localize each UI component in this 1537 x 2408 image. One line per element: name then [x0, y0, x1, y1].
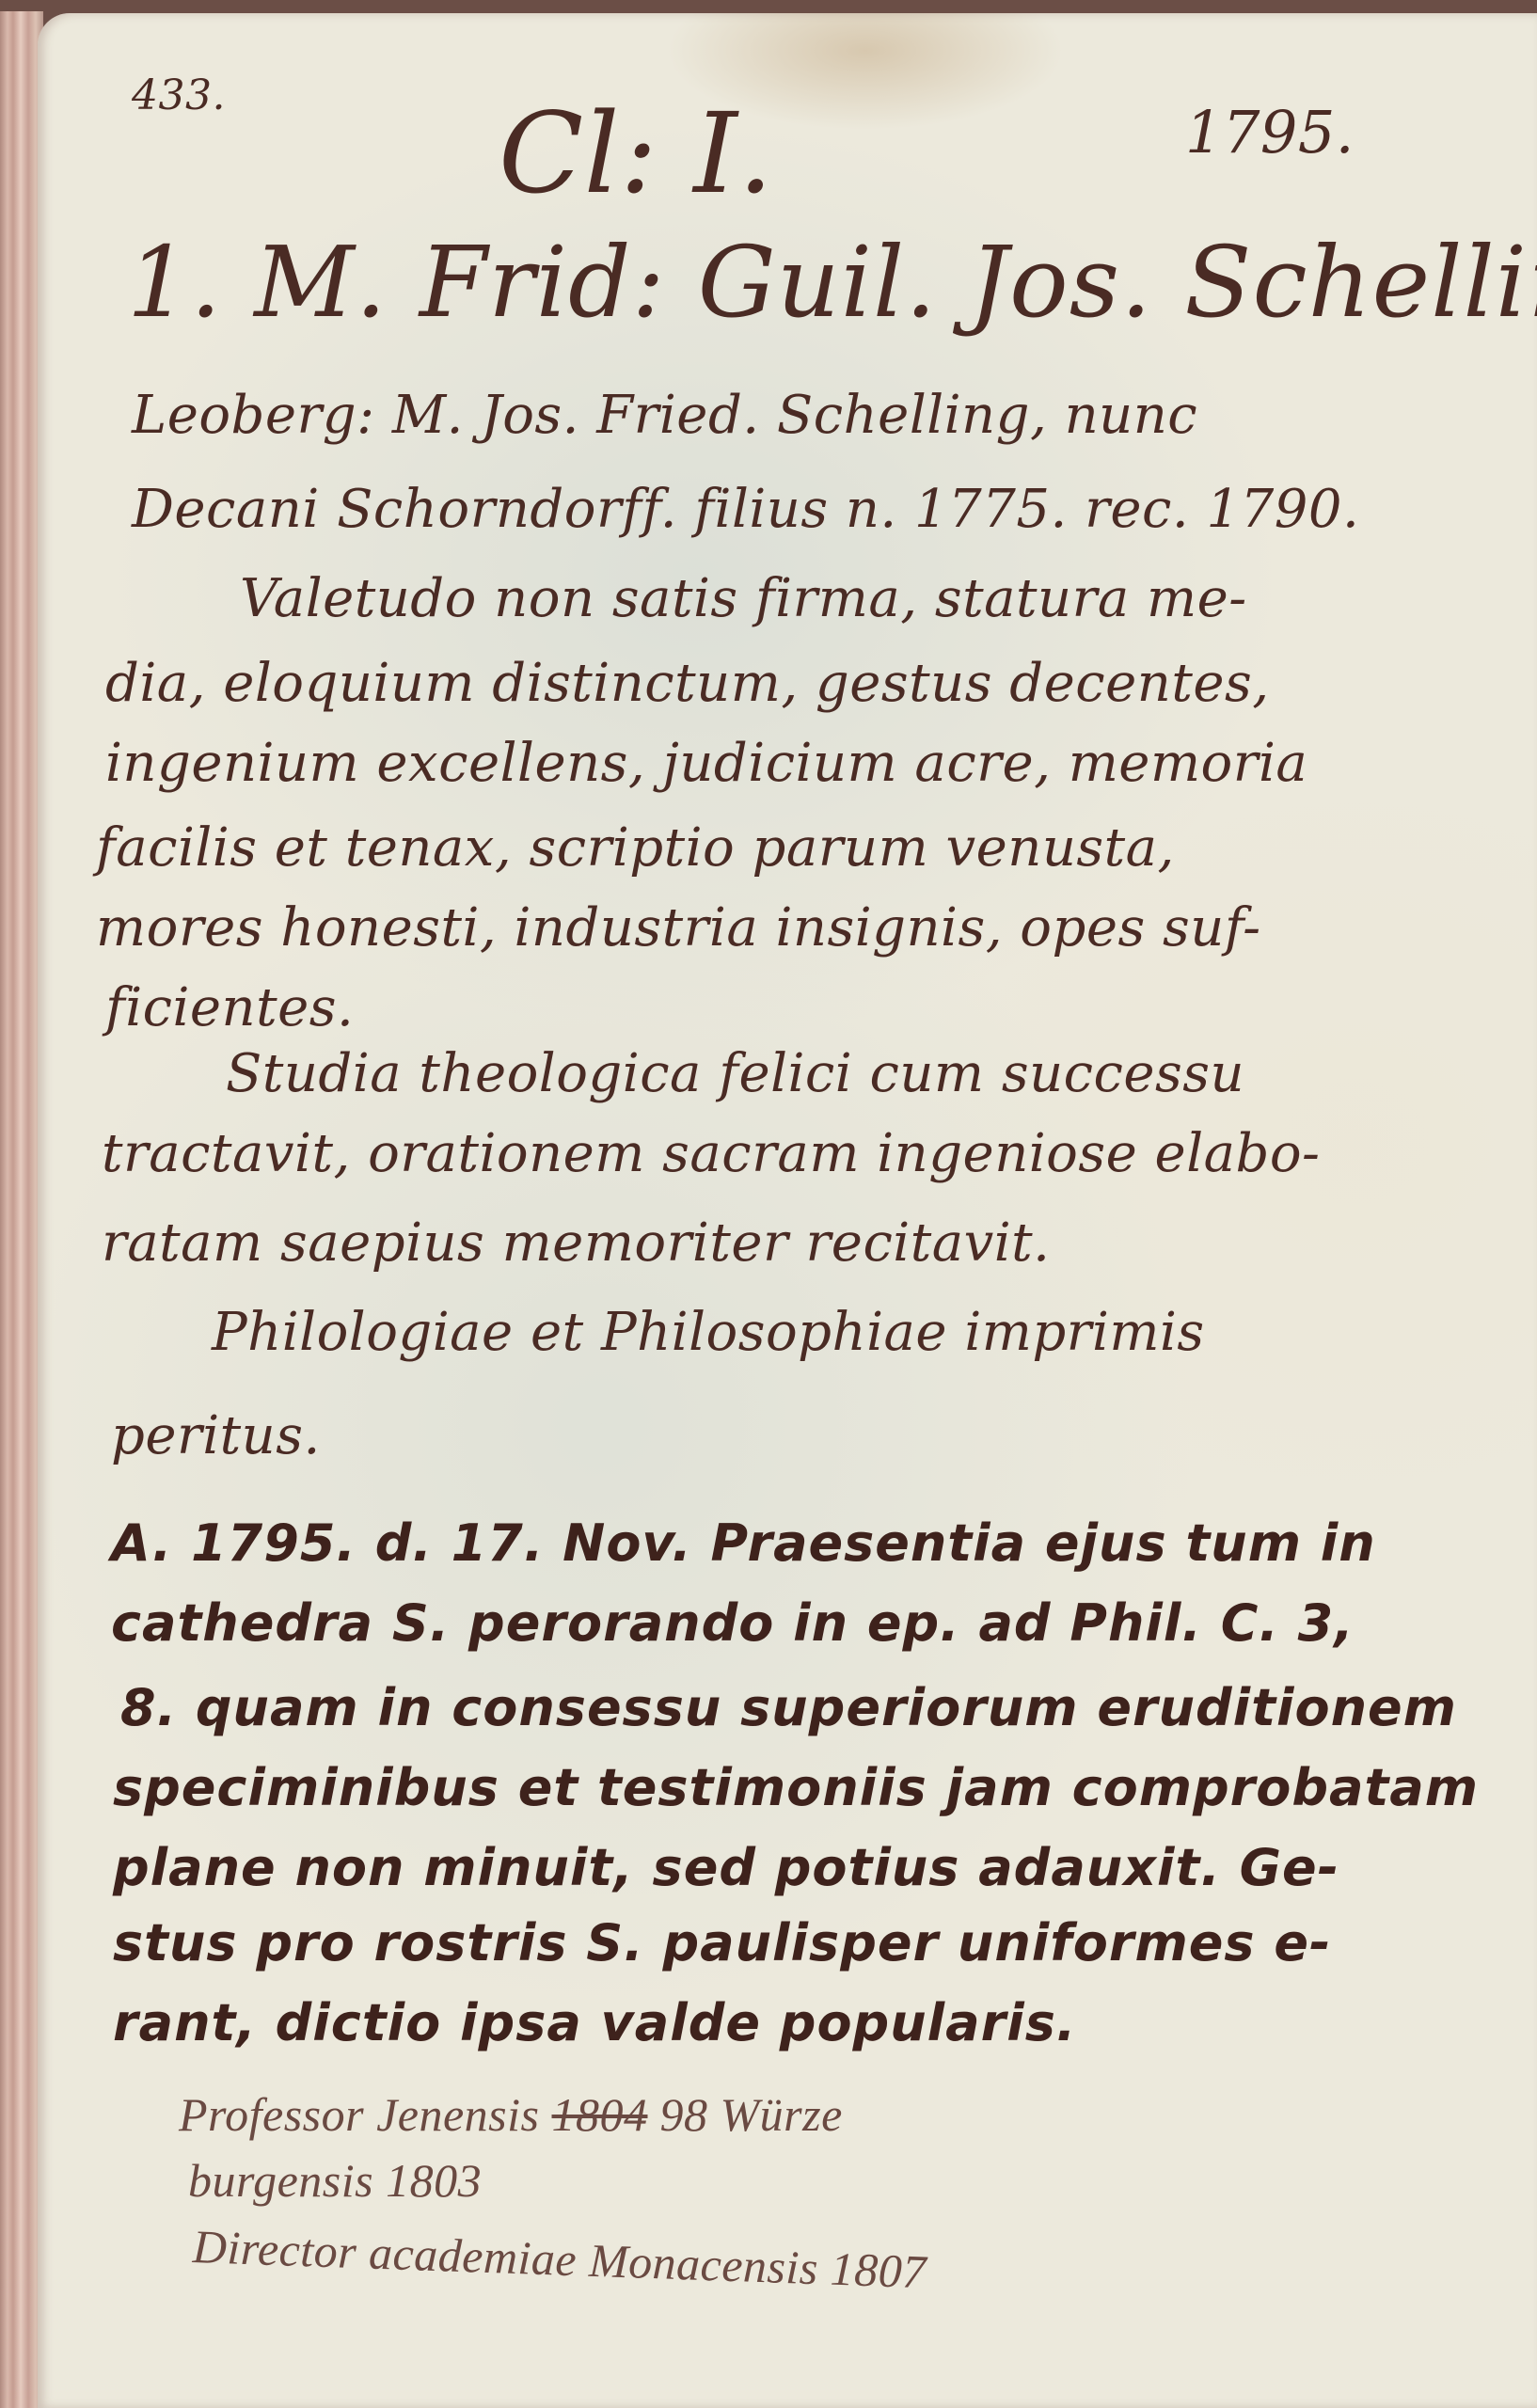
career-note-munich: Director academiae Monacensis 1807 — [192, 2219, 927, 2299]
body-line: ingenium excellens, judicium acre, memor… — [105, 733, 1307, 794]
page-number: 433. — [132, 71, 226, 119]
body-line: peritus. — [111, 1405, 321, 1466]
body-line: Studia theologica felici cum successu — [226, 1043, 1244, 1104]
remark-line: 8. quam in consessu superiorum erudition… — [120, 1678, 1457, 1737]
body-line: tractavit, orationem sacram ingeniose el… — [102, 1123, 1320, 1184]
manuscript-page: 433. Cl: I. 1795. 1. M. Frid: Guil. Jos.… — [38, 13, 1537, 2408]
body-line: Philologiae et Philosophiae imprimis — [212, 1302, 1205, 1363]
body-line: dia, eloquium distinctum, gestus decente… — [105, 653, 1270, 714]
struck-year: 1804 — [552, 2088, 648, 2141]
remark-line: cathedra S. perorando in ep. ad Phil. C.… — [111, 1593, 1355, 1653]
entry-name-heading: 1. M. Frid: Guil. Jos. Schelling, — [127, 225, 1537, 340]
body-line: mores honesti, industria insignis, opes … — [96, 897, 1261, 958]
body-line: facilis et tenax, scriptio parum venusta… — [96, 817, 1175, 879]
body-line: Decani Schorndorff. filius n. 1775. rec.… — [132, 479, 1359, 540]
note-text: 98 Würze — [660, 2088, 843, 2141]
body-line: Valetudo non satis firma, statura me- — [240, 568, 1247, 629]
remark-line: rant, dictio ipsa valde popularis. — [113, 1993, 1076, 2052]
body-line: ficientes. — [105, 977, 354, 1038]
body-line: Leoberg: M. Jos. Fried. Schelling, nunc — [132, 385, 1197, 446]
year-heading: 1795. — [1185, 98, 1355, 166]
class-heading: Cl: I. — [499, 88, 773, 218]
remark-line: stus pro rostris S. paulisper uniformes … — [113, 1913, 1331, 1972]
body-line: ratam saepius memoriter recitavit. — [102, 1212, 1050, 1274]
note-text: Professor Jenensis — [179, 2088, 540, 2141]
remark-line: plane non minuit, sed potius adauxit. Ge… — [113, 1838, 1339, 1897]
remark-line: speciminibus et testimoniis jam comproba… — [113, 1758, 1479, 1817]
career-note-wuerzburg: burgensis 1803 — [188, 2153, 482, 2208]
remark-line: A. 1795. d. 17. Nov. Praesentia ejus tum… — [111, 1513, 1376, 1573]
career-note-jena: Professor Jenensis 1804 98 Würze — [179, 2087, 843, 2142]
